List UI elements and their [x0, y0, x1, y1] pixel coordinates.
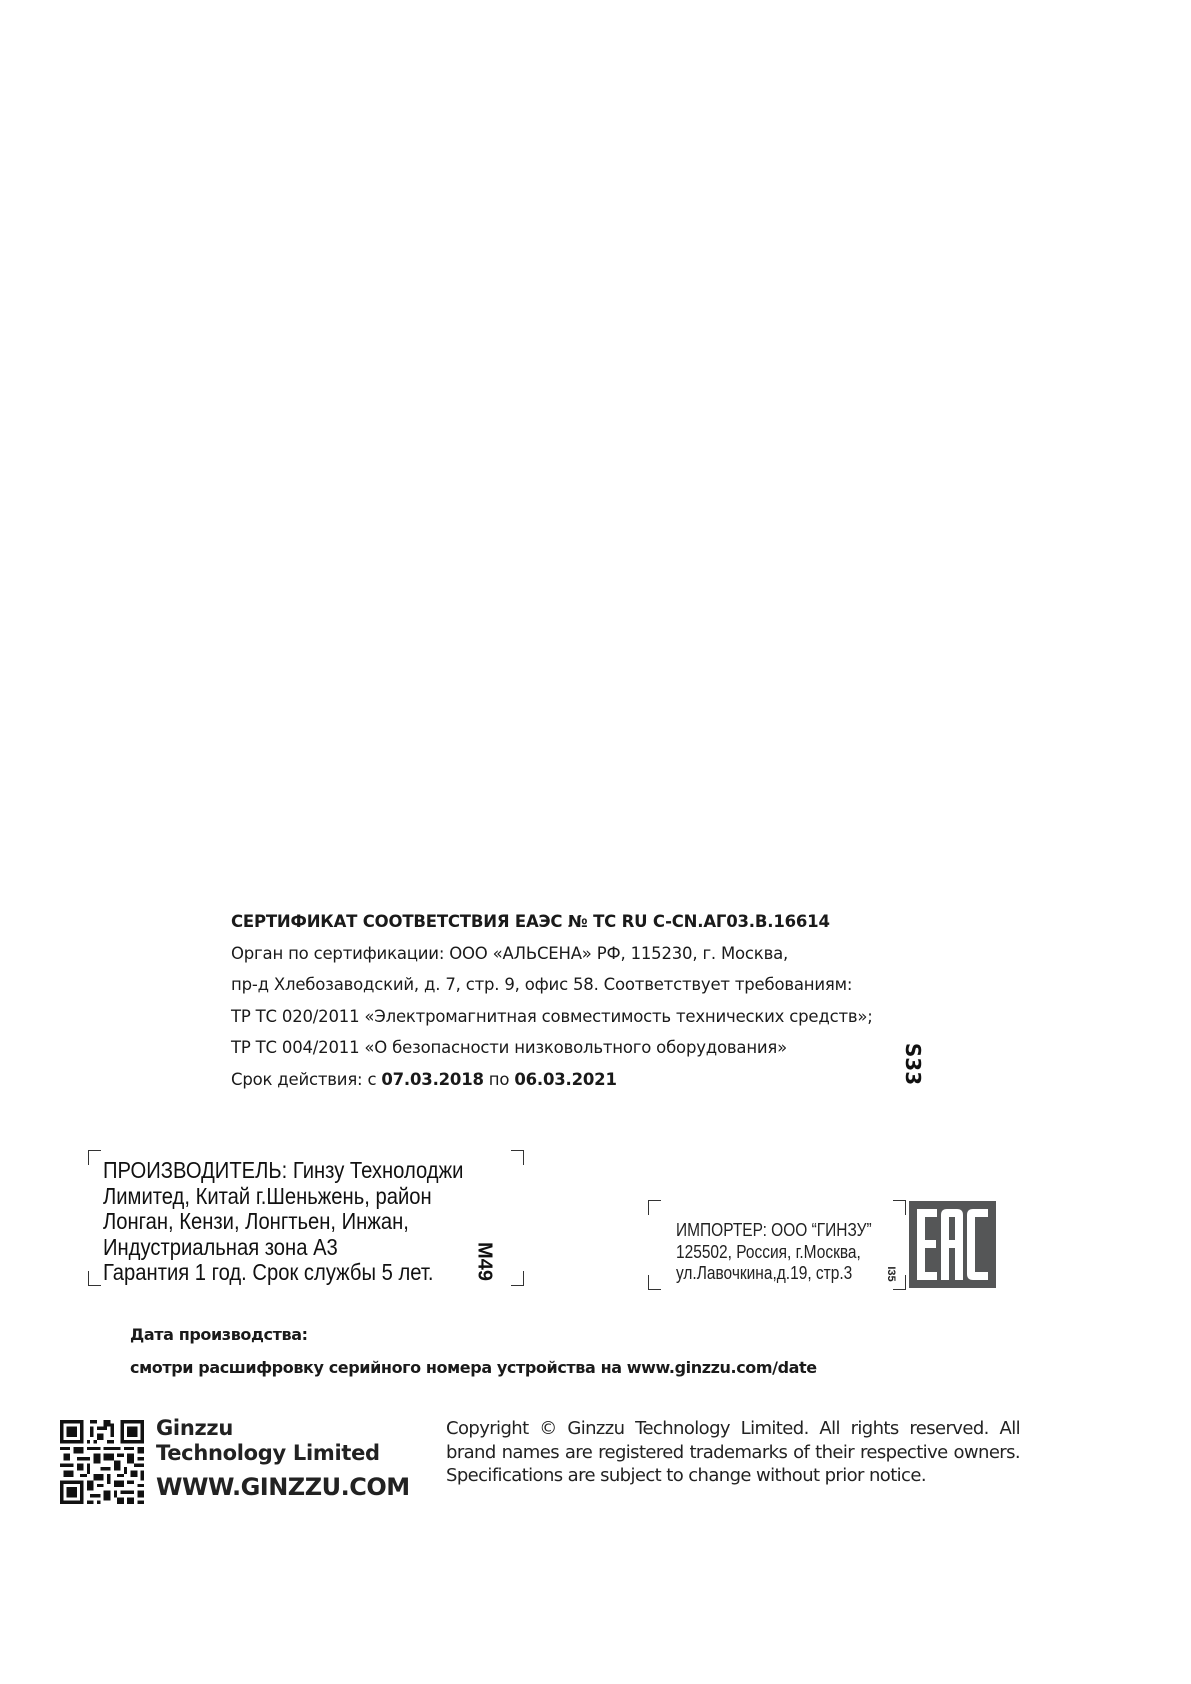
corner-mark	[88, 1271, 101, 1286]
corner-mark	[648, 1275, 661, 1290]
importer-line: 125502, Россия, г.Москва,	[676, 1242, 872, 1264]
production-date-label: Дата производства:	[130, 1318, 817, 1351]
importer-line: ул.Лавочкина,д.19, стр.3	[676, 1263, 872, 1285]
production-date-text: смотри расшифровку серийного номера устр…	[130, 1351, 817, 1384]
certificate-body-line: пр-д Хлебозаводский, д. 7, стр. 9, офис …	[231, 969, 951, 1001]
manufacturer-line: Лимитед, Китай г.Шеньжень, район	[103, 1184, 463, 1210]
website-link[interactable]: WWW.GINZZU.COM	[156, 1468, 410, 1506]
importer-code: I35	[885, 1259, 897, 1289]
validity-prefix: Срок действия: с	[231, 1070, 381, 1089]
corner-mark	[511, 1271, 524, 1286]
importer-line: ИМПОРТЕР: ООО “ГИНЗУ”	[676, 1220, 872, 1242]
corner-mark	[893, 1200, 906, 1215]
certificate-body-line: ТР ТС 004/2011 «О безопасности низковоль…	[231, 1032, 951, 1064]
certificate-body-line: ТР ТС 020/2011 «Электромагнитная совмест…	[231, 1001, 951, 1033]
manufacturer-line: Индустриальная зона А3	[103, 1235, 463, 1261]
certificate-body-line: Орган по сертификации: ООО «АЛЬСЕНА» РФ,…	[231, 938, 951, 970]
manufacturer-line: ПРОИЗВОДИТЕЛЬ: Гинзу Технолоджи	[103, 1158, 463, 1184]
corner-mark	[648, 1200, 661, 1215]
valid-from-date: 07.03.2018	[381, 1070, 483, 1089]
brand-name: Ginzzu	[156, 1416, 410, 1441]
importer-text: ИМПОРТЕР: ООО “ГИНЗУ” 125502, Россия, г.…	[676, 1220, 872, 1285]
certificate-title: СЕРТИФИКАТ СООТВЕТСТВИЯ ЕАЭС № ТС RU C-C…	[231, 906, 951, 938]
brand-name-line-2: Technology Limited	[156, 1441, 410, 1466]
manufacturer-code: M49	[473, 1242, 496, 1282]
certificate-block: СЕРТИФИКАТ СООТВЕТСТВИЯ ЕАЭС № ТС RU C-C…	[231, 906, 951, 1095]
production-date-block: Дата производства: смотри расшифровку се…	[130, 1318, 817, 1384]
validity-mid: по	[484, 1070, 515, 1089]
manufacturer-line: Гарантия 1 год. Срок службы 5 лет.	[103, 1260, 463, 1286]
copyright-notice: Copyright © Ginzzu Technology Limited. A…	[446, 1417, 1020, 1488]
manufacturer-box: ПРОИЗВОДИТЕЛЬ: Гинзу Технолоджи Лимитед,…	[88, 1150, 508, 1290]
manufacturer-line: Лонган, Кензи, Лонгтьен, Инжан,	[103, 1209, 463, 1235]
valid-to-date: 06.03.2021	[514, 1070, 616, 1089]
certificate-validity: Срок действия: с 07.03.2018 по 06.03.202…	[231, 1064, 951, 1096]
brand-block: Ginzzu Technology Limited WWW.GINZZU.COM	[156, 1416, 410, 1506]
certificate-code: S33	[901, 1039, 925, 1089]
corner-mark	[511, 1150, 524, 1165]
importer-box: ИМПОРТЕР: ООО “ГИНЗУ” 125502, Россия, г.…	[648, 1200, 906, 1290]
corner-mark	[88, 1150, 101, 1165]
eac-mark-icon	[909, 1201, 996, 1288]
qr-code-icon	[60, 1420, 144, 1504]
manufacturer-text: ПРОИЗВОДИТЕЛЬ: Гинзу Технолоджи Лимитед,…	[103, 1158, 463, 1286]
